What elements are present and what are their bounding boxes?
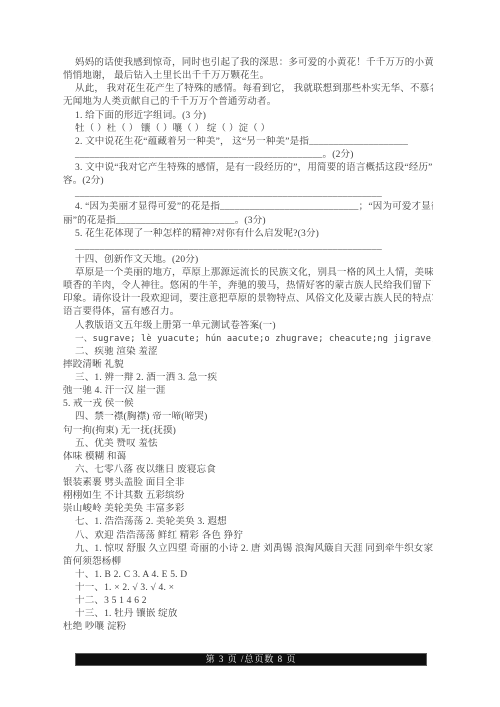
text-line-12: 4. “因为美丽才显得可爱”的花是指______________________… [63,201,433,214]
text-line-2: 悄悄地谢， 最后钻入土里长出千千万万颗花生。 [63,70,433,83]
text-line-28: 四、禁一襟(胸襟) 帝一啼(啼哭) [63,411,433,424]
text-line-22: 一、sugrave; lè yuacute; hún aacute;o zhug… [63,333,433,346]
text-line-9: 3. 文中说“我对它产生特殊的感情，是有一段经历的”，用简要的语言概括这段“经历… [63,162,433,175]
text-line-4: 无闻地为人类贡献自己的千千万万个普通劳动者。 [63,96,433,109]
text-line-35: 崇山峻岭 美轮美奂 丰富多彩 [63,503,433,516]
text-line-21: 人教版语文五年级上册第一单元测试卷答案(一) [63,320,433,333]
text-line-25: 三、1. 辨一辩 2. 酒一洒 3. 急一疾 [63,372,433,385]
text-line-20: 语言要得体，富有感召力。 [63,306,433,319]
text-line-33: 银装素裹 劈头盖脸 面目全非 [63,477,433,490]
text-line-34: 栩栩如生 不计其数 五彩缤纷 [63,490,433,503]
text-line-13: 丽”的花是指________________________。(3分) [63,215,433,228]
text-line-18: 喷香的羊肉，令人神往。悠闲的牛羊，奔驰的骏马，热情好客的蒙古族人民给我们留下了深… [63,280,433,293]
text-line-11: ________________________________________… [63,188,433,201]
text-line-31: 体味 模糊 和蔼 [63,451,433,464]
text-line-15: ________________________________________… [63,241,433,254]
text-line-5: 1. 给下面的形近字组词。(3 分) [63,110,433,123]
text-line-36: 七、1. 浩浩荡荡 2. 美轮美奂 3. 遐想 [63,516,433,529]
page-number-label: 第 3 页 /总页数 8 页 [206,653,297,666]
text-line-43: 十三、1. 牡丹 镶嵌 绽放 [63,608,433,621]
text-line-19: 印象。请你设计一段欢迎词，要注意把草原的景物特点、风俗文化及蒙古族人民的特点写清… [63,293,433,306]
text-line-27: 5. 戒一戎 侯一候 [63,398,433,411]
text-line-40: 十、1. B 2. C 3. A 4. E 5. D [63,569,433,582]
text-line-41: 十一、1. × 2. √ 3. √ 4. × [63,582,433,595]
text-line-10: 容。(2分) [63,175,433,188]
document-body: 妈妈的话使我感到惊奇，同时也引起了我的深思：多可爱的小黄花！千千万万的小黄花默默… [63,57,433,635]
text-line-37: 八、欢迎 浩浩荡荡 鲜红 精彩 各色 狰狞 [63,530,433,543]
text-line-44: 杜绝 吵嚷 淀粉 [63,621,433,634]
text-line-26: 弛一驰 4. 汗一汉 崖一涯 [63,385,433,398]
text-line-8: ________________________________________… [63,149,433,162]
text-line-6: 牡（ ）杜（ ） 镶（ ）嚷（ ） 绽（ ）淀（ ） [63,123,433,136]
text-line-16: 十四、创新作文天地。(20分) [63,254,433,267]
text-line-24: 摔跤清晰 礼貌 [63,359,433,372]
text-line-1: 妈妈的话使我感到惊奇，同时也引起了我的深思：多可爱的小黄花！千千万万的小黄花默默… [63,57,433,70]
text-line-32: 六、七零八落 夜以继日 废寝忘食 [63,464,433,477]
text-line-38: 九、1. 惊叹 舒服 久立四望 奇丽的小诗 2. 唐 刘禹锡 浪淘风簸自天涯 同… [63,543,433,556]
text-line-7: 2. 文中说花生花“蕴藏着另一种美”， 这“另一种美”是指___________… [63,136,433,149]
text-line-30: 五、优美 赞叹 羞怯 [63,438,433,451]
text-line-39: 笛何须怨杨柳 [63,556,433,569]
page-footer-bar: 第 3 页 /总页数 8 页 [75,653,427,666]
text-line-23: 二、疾驰 渲染 羞涩 [63,346,433,359]
text-line-42: 十二、3 5 1 4 6 2 [63,595,433,608]
text-line-3: 从此， 我对花生花产生了特殊的感情。每看到它， 我就联想到那些朴实无华、不慕名利… [63,83,433,96]
text-line-17: 草原是一个美丽的地方，草原上那源远流长的民族文化，别具一格的风土人情，美味的奶茶… [63,267,433,280]
text-line-14: 5. 花生花体现了一种怎样的精神?对你有什么启发呢?(3分) [63,228,433,241]
text-line-29: 句一拘(拘束) 无一抚(抚摸) [63,425,433,438]
